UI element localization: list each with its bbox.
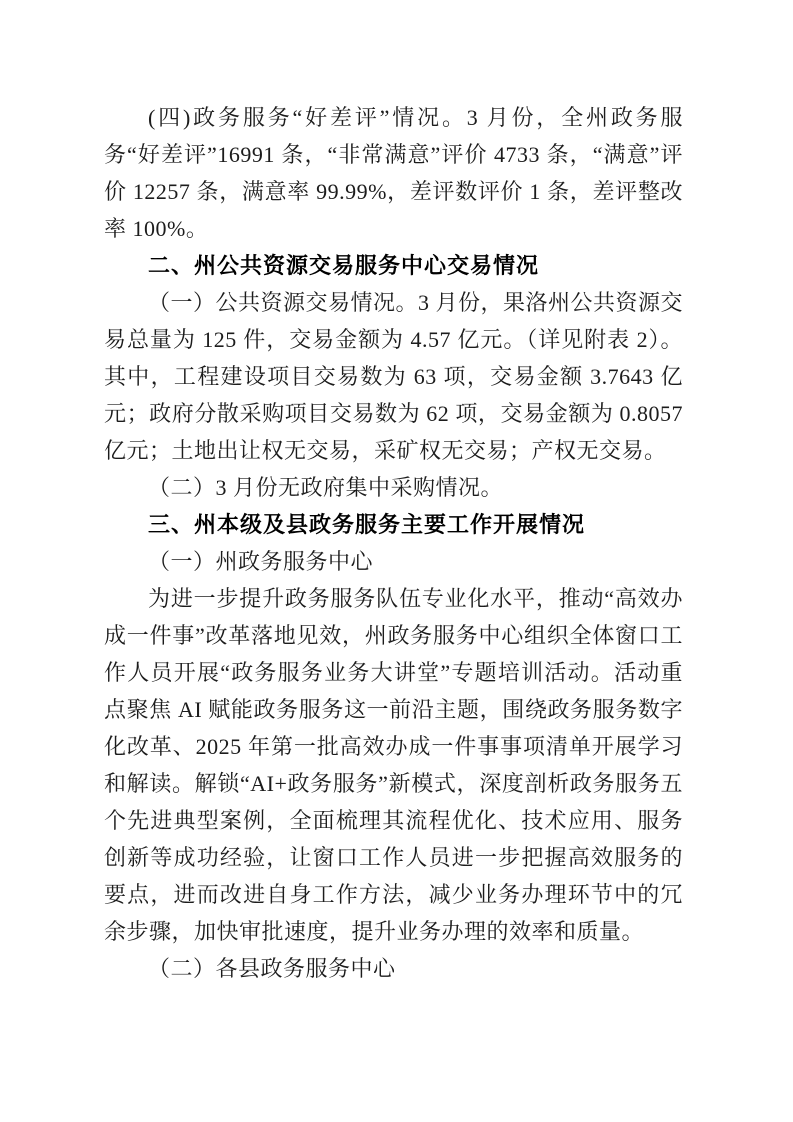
paragraph-public-resource-trading-stats: （一）公共资源交易情况。3 月份，果洛州公共资源交易总量为 125 件，交易金额… <box>104 284 683 469</box>
heading-section-two-public-resource-trading: 二、州公共资源交易服务中心交易情况 <box>104 247 683 284</box>
document-page: (四)政务服务“好差评”情况。3 月份，全州政务服务“好差评”16991 条，“… <box>0 0 793 1122</box>
heading-section-three-main-work-progress: 三、州本级及县政务服务主要工作开展情况 <box>104 506 683 543</box>
subheading-county-service-centers: （二）各县政务服务中心 <box>104 950 683 987</box>
paragraph-training-activity: 为进一步提升政务服务队伍专业化水平，推动“高效办成一件事”改革落地见效，州政务服… <box>104 580 683 950</box>
subheading-prefecture-service-center: （一）州政务服务中心 <box>104 543 683 580</box>
paragraph-no-centralized-procurement: （二）3 月份无政府集中采购情况。 <box>104 469 683 506</box>
document-body: (四)政务服务“好差评”情况。3 月份，全州政务服务“好差评”16991 条，“… <box>104 99 683 987</box>
paragraph-service-review-stats: (四)政务服务“好差评”情况。3 月份，全州政务服务“好差评”16991 条，“… <box>104 99 683 247</box>
